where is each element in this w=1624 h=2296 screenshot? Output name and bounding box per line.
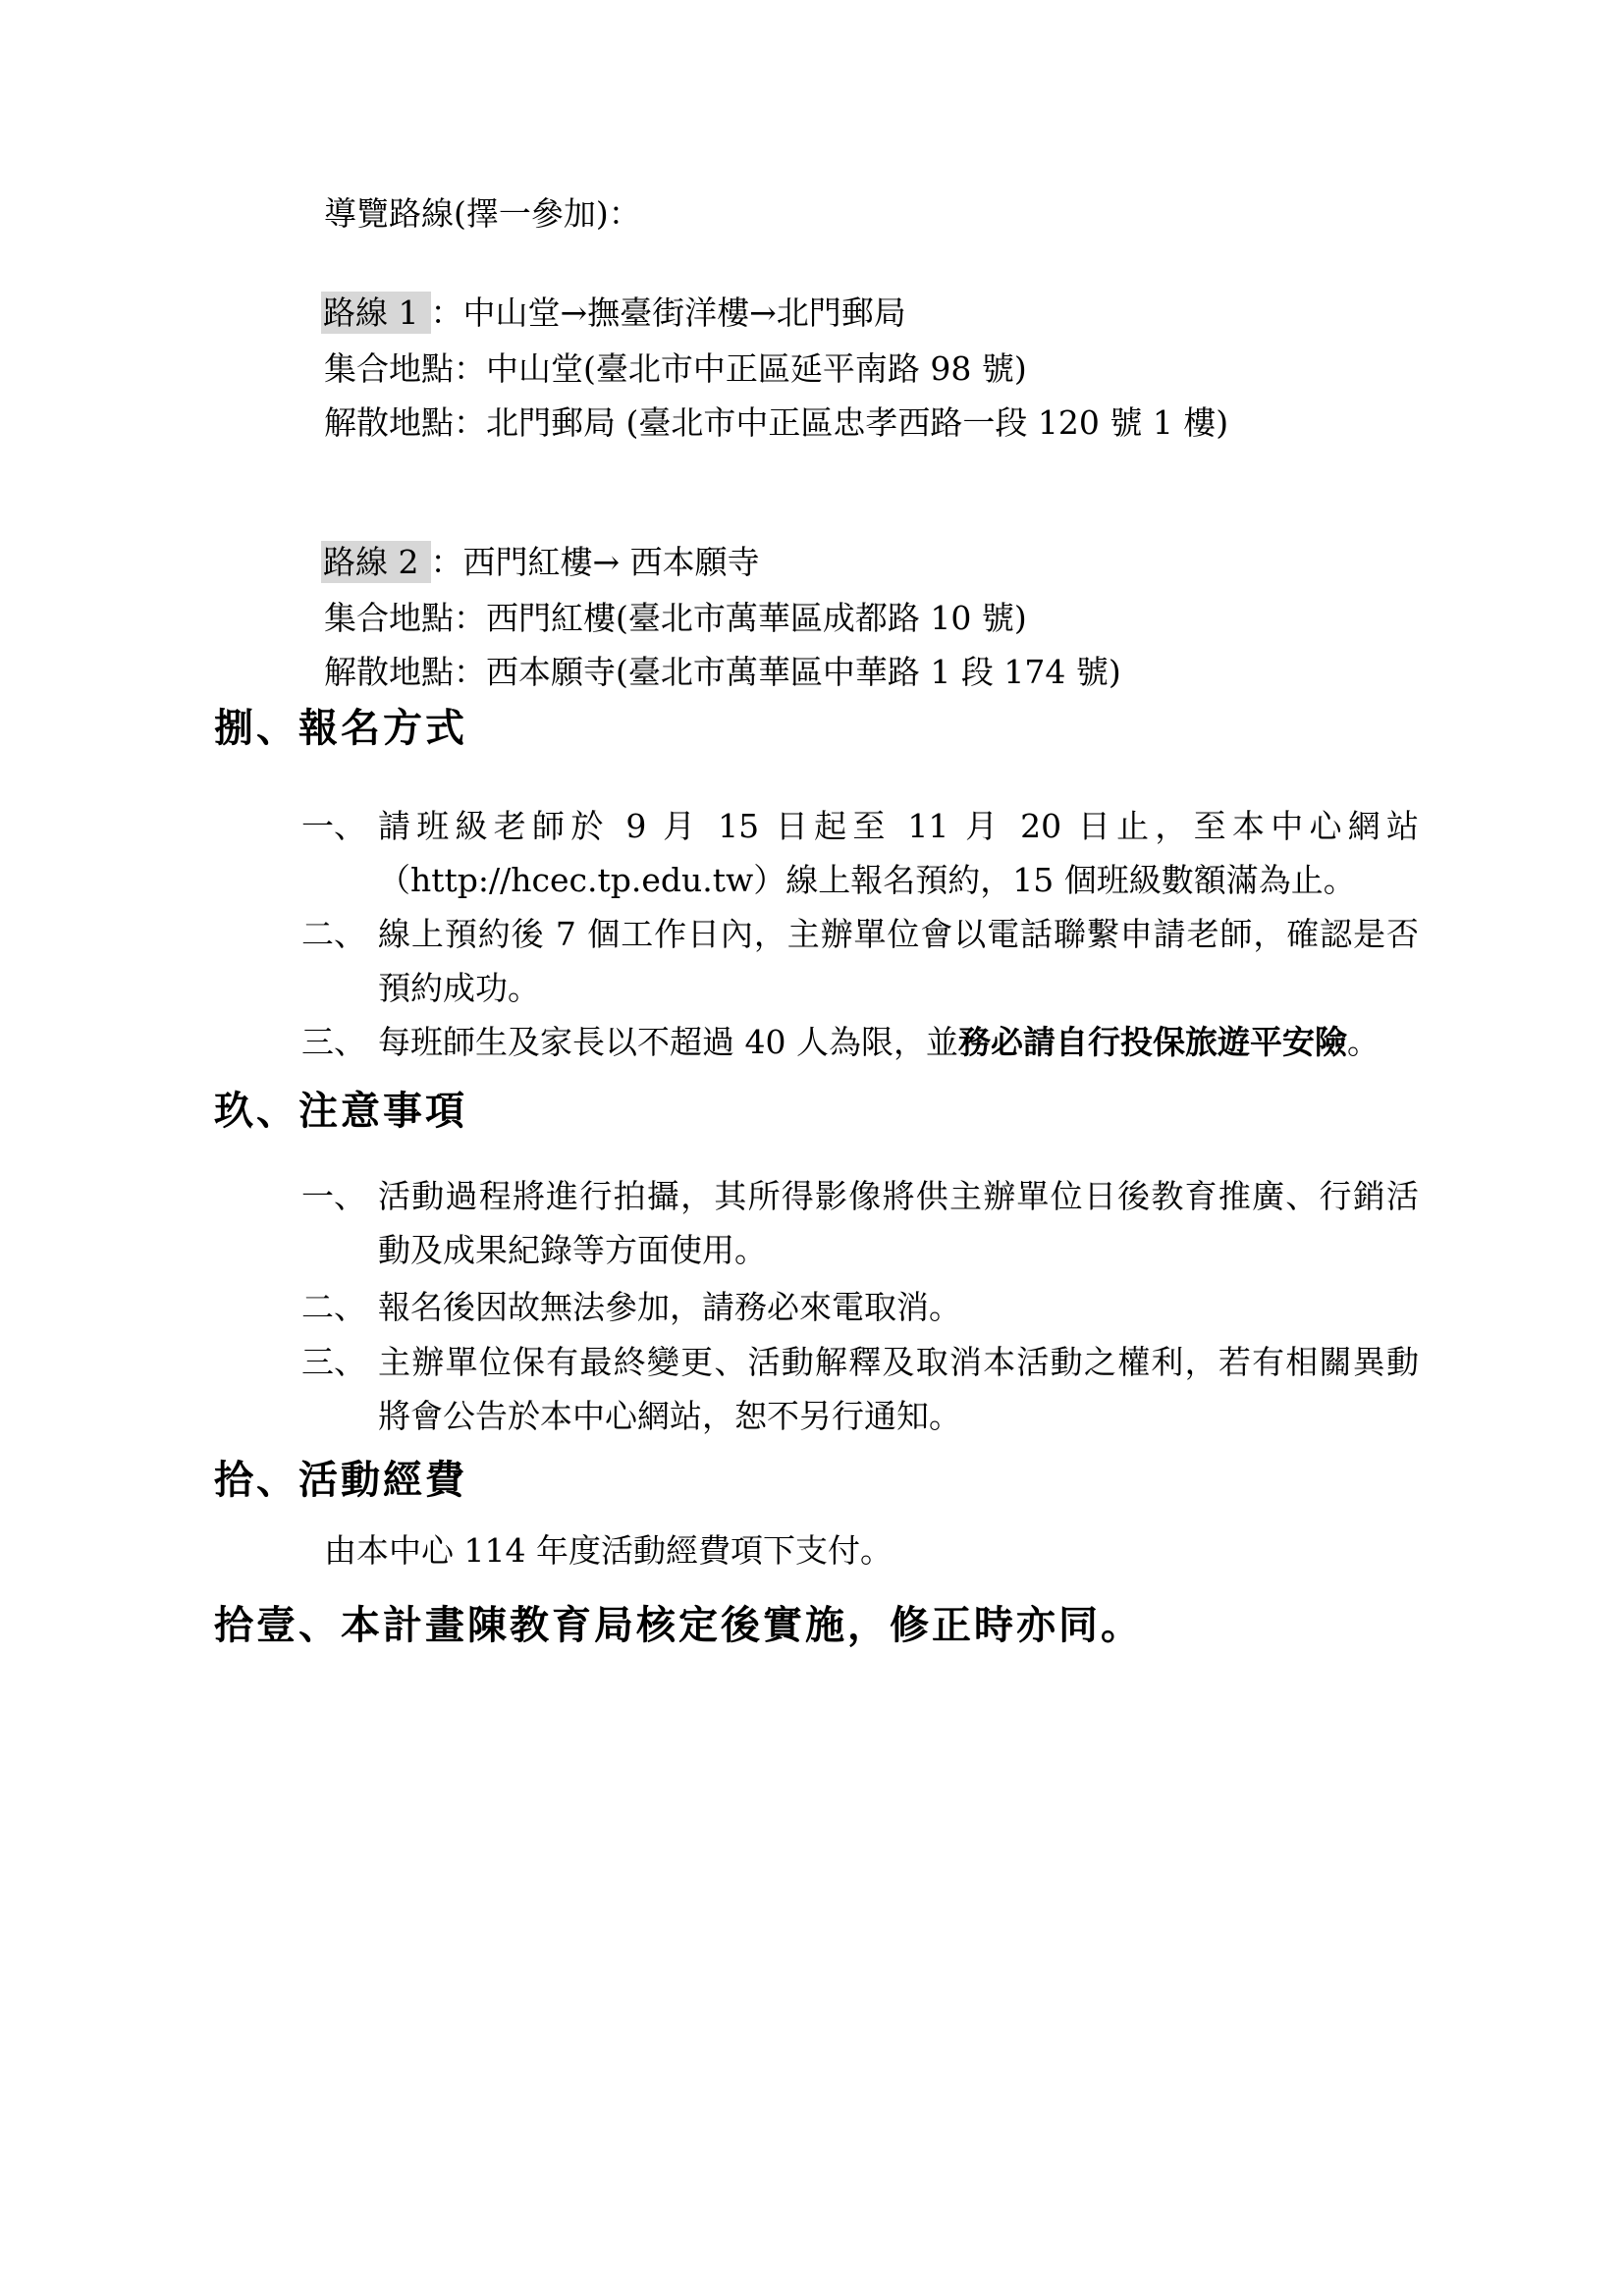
registration-item-2-number: 二、: [301, 913, 366, 956]
route-2-dispersal-point: 解散地點：西本願寺(臺北市萬華區中華路 1 段 174 號): [324, 651, 1121, 694]
notes-item-3-number: 三、: [301, 1341, 366, 1384]
route-2-title: 路線 2：西門紅樓→ 西本願寺: [321, 541, 760, 584]
registration-item-2-line-1: 線上預約後 7 個工作日內，主辦單位會以電話聯繫申請老師，確認是否: [378, 913, 1419, 956]
notes-item-2-line-1: 報名後因故無法參加，請務必來電取消。: [378, 1286, 961, 1329]
notes-item-2-number: 二、: [301, 1286, 366, 1329]
section-registration-heading: 捌、報名方式: [214, 703, 467, 754]
registration-item-2-line-2: 預約成功。: [378, 967, 540, 1010]
registration-item-1-number: 一、: [301, 805, 366, 848]
notes-item-1-line-1: 活動過程將進行拍攝，其所得影像將供主辦單位日後教育推廣、行銷活: [378, 1175, 1419, 1218]
registration-item-1-line-1: 請班級老師於 9 月 15 日起至 11 月 20 日止，至本中心網站: [378, 805, 1419, 848]
route-2-meeting-point: 集合地點：西門紅樓(臺北市萬華區成都路 10 號): [324, 597, 1027, 640]
route-2-label: 路線 2: [321, 541, 431, 583]
registration-item-3-text-period: 。: [1347, 1023, 1380, 1061]
route-1-meeting-point: 集合地點：中山堂(臺北市中正區延平南路 98 號): [324, 347, 1027, 391]
registration-item-3-text: 每班師生及家長以不超過 40 人為限，並務必請自行投保旅遊平安險。: [378, 1021, 1380, 1064]
notes-item-1-number: 一、: [301, 1175, 366, 1218]
route-1-dispersal-point: 解散地點：北門郵局 (臺北市中正區忠孝西路一段 120 號 1 樓): [324, 401, 1228, 445]
route-1-title: 路線 1：中山堂→撫臺街洋樓→北門郵局: [321, 292, 906, 335]
tour-route-intro: 導覽路線(擇一參加)：: [324, 192, 641, 236]
route-2-title-rest: ：西門紅樓→ 西本願寺: [431, 543, 760, 581]
budget-body: 由本中心 114 年度活動經費項下支付。: [324, 1529, 893, 1573]
registration-item-1-line-2: （http://hcec.tp.edu.tw）線上報名預約，15 個班級數額滿為…: [378, 859, 1356, 902]
section-notes-heading: 玖、注意事項: [214, 1086, 467, 1137]
notes-item-3-line-1: 主辦單位保有最終變更、活動解釋及取消本活動之權利，若有相關異動: [378, 1341, 1419, 1384]
notes-item-1-line-2: 動及成果紀錄等方面使用。: [378, 1229, 767, 1272]
activity-plan-document-page: 導覽路線(擇一參加)： 路線 1：中山堂→撫臺街洋樓→北門郵局 集合地點：中山堂…: [0, 0, 1624, 2296]
registration-item-3-number: 三、: [301, 1021, 366, 1064]
route-1-title-rest: ：中山堂→撫臺街洋樓→北門郵局: [431, 294, 906, 332]
registration-item-3-text-bold: 務必請自行投保旅遊平安險: [958, 1023, 1347, 1061]
registration-item-3-text-normal: 每班師生及家長以不超過 40 人為限，並: [378, 1023, 958, 1061]
section-budget-heading: 拾、活動經費: [214, 1455, 467, 1506]
route-1-label: 路線 1: [321, 292, 431, 334]
section-final-heading: 拾壹、本計畫陳教育局核定後實施，修正時亦同。: [214, 1600, 1143, 1651]
notes-item-3-line-2: 將會公告於本中心網站，恕不另行通知。: [378, 1395, 961, 1438]
